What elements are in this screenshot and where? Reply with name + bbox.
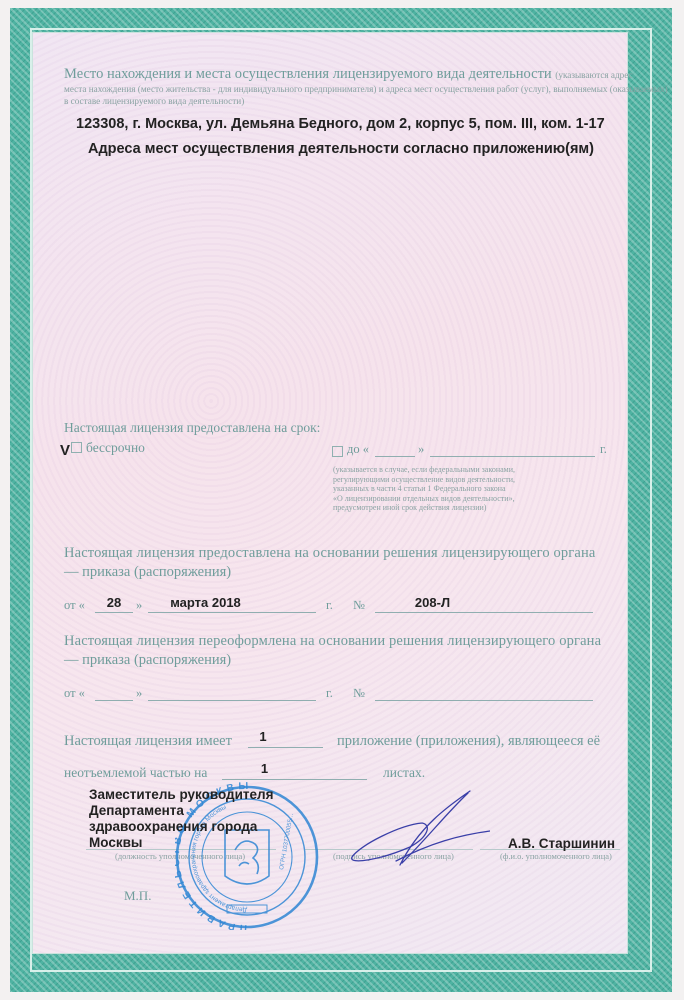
granted-month-year: марта 2018 xyxy=(148,595,263,610)
granted-label-1: Настоящая лицензия предоставлена на осно… xyxy=(64,545,595,562)
location-label: Место нахождения и места осуществления л… xyxy=(64,66,633,83)
reissued-year-suffix: г. xyxy=(326,686,333,701)
until-note-line: указанных в части 4 статьи 1 Федеральног… xyxy=(333,484,515,494)
handwritten-signature-icon xyxy=(340,785,490,875)
appendix-label-1-prefix: Настоящая лицензия имеет xyxy=(64,733,232,750)
unlimited-checkbox[interactable] xyxy=(71,442,82,453)
position-line-text: Москвы xyxy=(89,835,273,851)
granted-year-suffix: г. xyxy=(326,598,333,613)
official-position: Заместитель руководителя Департамента зд… xyxy=(89,787,273,851)
location-note-line-2: места нахождения (место жительства - для… xyxy=(64,84,668,96)
license-address: 123308, г. Москва, ул. Демьяна Бедного, … xyxy=(76,116,605,132)
reissued-month-line[interactable] xyxy=(148,700,316,701)
granted-from-prefix: от « xyxy=(64,598,85,613)
reissued-day-line[interactable] xyxy=(95,700,133,701)
location-note-line-3: в составе лицензируемого вида деятельнос… xyxy=(64,96,244,108)
reissued-from-prefix: от « xyxy=(64,686,85,701)
until-note-line: (указывается в случае, если федеральными… xyxy=(333,465,515,475)
appendix-count-line[interactable] xyxy=(248,747,323,748)
stamp-ogrn: ОГРН 1037700055… xyxy=(279,813,295,870)
appendix-count: 1 xyxy=(248,729,278,744)
reissued-number-line[interactable] xyxy=(375,700,593,701)
until-year-suffix: г. xyxy=(600,442,607,457)
until-quote-close: » xyxy=(418,442,424,457)
position-line-text: Заместитель руководителя xyxy=(89,787,273,803)
granted-number: 208-Л xyxy=(375,595,490,610)
granted-month-line[interactable] xyxy=(148,612,316,613)
appendix-sheets: 1 xyxy=(222,761,307,776)
until-note-line: «О лицензировании отдельных видов деятел… xyxy=(333,494,515,504)
granted-day: 28 xyxy=(95,595,133,610)
appendix-label-2-suffix: листах. xyxy=(383,765,425,781)
reissued-label-1: Настоящая лицензия переоформлена на осно… xyxy=(64,633,601,650)
granted-label-2: — приказа (распоряжения) xyxy=(64,564,231,581)
granted-number-label: № xyxy=(353,598,365,613)
unlimited-option-label: бессрочно xyxy=(86,440,145,456)
reissued-number-label: № xyxy=(353,686,365,701)
appendix-label-1-suffix: приложение (приложения), являющееся её xyxy=(337,733,600,750)
location-label-main: Место нахождения и места осуществления л… xyxy=(64,66,552,82)
until-note-line: предусмотрен иной срок действия лицензии… xyxy=(333,503,515,513)
until-checkbox[interactable] xyxy=(332,446,343,457)
granted-quote-close: » xyxy=(136,598,142,613)
position-line-text: здравоохранения города xyxy=(89,819,273,835)
reissued-quote-close: » xyxy=(136,686,142,701)
position-line-text: Департамента xyxy=(89,803,273,819)
appendix-label-2-prefix: неотъемлемой частью на xyxy=(64,765,207,781)
name-caption: (ф.и.о. уполномоченного лица) xyxy=(500,851,612,863)
official-name: А.В. Старшинин xyxy=(508,836,615,851)
seal-label: М.П. xyxy=(124,888,151,904)
until-prefix: до « xyxy=(347,442,369,457)
location-label-note: (указываются адрес xyxy=(555,70,632,80)
until-note: (указывается в случае, если федеральными… xyxy=(333,465,515,513)
granted-number-line[interactable] xyxy=(375,612,593,613)
term-label: Настоящая лицензия предоставлена на срок… xyxy=(64,420,320,436)
until-date-line[interactable] xyxy=(430,456,595,457)
reissued-label-2: — приказа (распоряжения) xyxy=(64,652,231,669)
unlimited-check-mark: V xyxy=(60,442,70,459)
address-appendix-note: Адреса мест осуществления деятельности с… xyxy=(88,141,594,157)
granted-day-line[interactable] xyxy=(95,612,133,613)
until-day-line[interactable] xyxy=(375,456,415,457)
until-note-line: регулирующими осуществление видов деятел… xyxy=(333,475,515,485)
